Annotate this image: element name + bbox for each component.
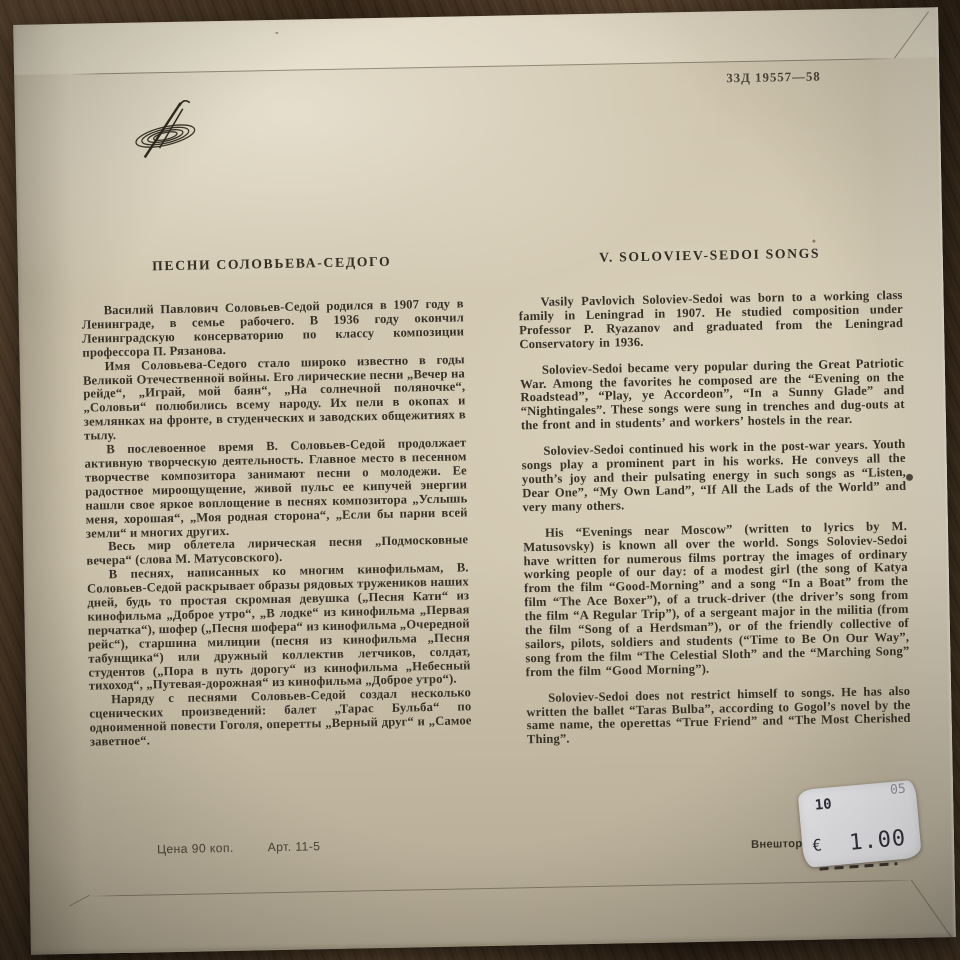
heading-english: V. SOLOVIEV-SEDOI SONGS	[518, 244, 902, 267]
paragraph-ru: Имя Соловьева-Седого стало широко извест…	[83, 353, 467, 444]
paragraph-ru: В послевоенное время В. Соловьев-Седой п…	[84, 436, 468, 541]
bottom-right-corner-fold	[911, 880, 952, 938]
paragraph-ru: Наряду с песнями Соловьев-Седой создал н…	[89, 687, 472, 750]
bottom-left-corner-fold	[69, 895, 90, 907]
bottom-crease-line	[88, 880, 914, 897]
melodiya-logo-icon	[123, 95, 208, 161]
sticker-currency-symbol: €	[812, 835, 823, 855]
paragraph-ru: Василий Павлович Соловьев-Седой родился …	[82, 297, 465, 360]
price-sticker: 10 05 € 1.00	[797, 780, 921, 868]
photo-background: 33Д 19557—58 ПЕСНИ СОЛОВЬЕВА-СЕДОГО V. S…	[0, 0, 960, 960]
sticker-top-left-value: 10	[814, 796, 832, 813]
liner-notes-russian: Василий Павлович Соловьев-Седой родился …	[82, 297, 472, 749]
liner-notes-english: Vasily Pavlovich Soloviev-Sedoi was born…	[518, 289, 911, 760]
price-label: Цена 90 коп.	[157, 841, 234, 856]
paper-speck	[812, 240, 815, 243]
paper-speck	[275, 32, 278, 34]
paragraph-ru: В песнях, написанных ко многим кинофильм…	[87, 562, 471, 694]
paragraph-en: Soloviev-Sedoi continued his work in the…	[521, 438, 906, 515]
record-sleeve-back: 33Д 19557—58 ПЕСНИ СОЛОВЬЕВА-СЕДОГО V. S…	[13, 7, 956, 955]
sticker-price-value: 1.00	[848, 826, 907, 856]
paragraph-en: Soloviev-Sedoi does not restrict himself…	[526, 685, 911, 748]
price-and-article-row: Цена 90 коп. Арт. 11-5	[157, 839, 321, 856]
paragraph-en: Vasily Pavlovich Soloviev-Sedoi was born…	[518, 289, 903, 352]
paragraph-en: His “Evenings near Moscow” (written to l…	[523, 520, 910, 680]
catalog-number: 33Д 19557—58	[726, 68, 916, 87]
paragraph-en: Soloviev-Sedoi became very popular durin…	[520, 357, 905, 434]
heading-russian: ПЕСНИ СОЛОВЬЕВА-СЕДОГО	[81, 252, 463, 275]
paper-speck	[906, 474, 913, 481]
sleeve-top-flap	[13, 7, 939, 75]
sticker-top-right-value: 05	[889, 782, 906, 798]
article-number: Арт. 11-5	[268, 839, 321, 854]
